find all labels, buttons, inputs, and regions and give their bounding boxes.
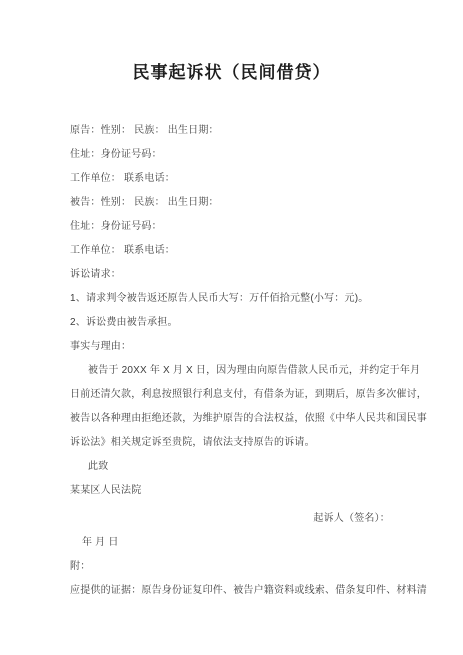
court-line: 某某区人民法院 <box>70 479 423 503</box>
party-info-line: 工作单位： 联系电话： <box>70 167 423 191</box>
signature-line: 起诉人（签名）： <box>70 507 423 531</box>
document-title: 民事起诉状（民间借贷） <box>0 60 463 86</box>
fact-line: 被告于 20XX 年 X 月 X 日，因为理由向原告借款人民币元，并约定于年月 <box>70 359 423 383</box>
salute-line: 此致 <box>70 455 423 479</box>
claim-item: 2、诉讼费由被告承担。 <box>70 311 423 335</box>
claims-section: 1、请求判令被告返还原告人民币大写：万仟佰拾元整(小写：元)。2、诉讼费由被告承… <box>70 287 423 335</box>
fact-line: 日前还清欠款，利息按照银行利息支付，有借条为证，到期后，原告多次催讨， <box>70 383 423 407</box>
evidence-line: 应提供的证据：原告身份证复印件、被告户籍资料或线索、借条复印件、材料清 <box>70 579 423 603</box>
document-body: 原告：性别： 民族： 出生日期：住址：身份证号码：工作单位： 联系电话：被告：性… <box>0 119 463 603</box>
fact-line: 被告以各种理由拒绝还款，为维护原告的合法权益，依照《中华人民共和国民事 <box>70 407 423 431</box>
party-info-line: 住址：身份证号码： <box>70 215 423 239</box>
claims-heading: 诉讼请求： <box>70 263 423 287</box>
facts-section: 被告于 20XX 年 X 月 X 日，因为理由向原告借款人民币元，并约定于年月日… <box>70 359 423 455</box>
party-info-section: 原告：性别： 民族： 出生日期：住址：身份证号码：工作单位： 联系电话：被告：性… <box>70 119 423 263</box>
facts-heading: 事实与理由： <box>70 335 423 359</box>
fact-line: 诉讼法》相关规定诉至贵院，请依法支持原告的诉请。 <box>70 431 423 455</box>
date-line: 年 月 日 <box>70 531 423 555</box>
attachment-label: 附： <box>70 555 423 579</box>
document-page: 民事起诉状（民间借贷） 原告：性别： 民族： 出生日期：住址：身份证号码：工作单… <box>0 0 463 655</box>
party-info-line: 工作单位： 联系电话： <box>70 239 423 263</box>
party-info-line: 住址：身份证号码： <box>70 143 423 167</box>
party-info-line: 原告：性别： 民族： 出生日期： <box>70 119 423 143</box>
claim-item: 1、请求判令被告返还原告人民币大写：万仟佰拾元整(小写：元)。 <box>70 287 423 311</box>
party-info-line: 被告：性别： 民族： 出生日期： <box>70 191 423 215</box>
